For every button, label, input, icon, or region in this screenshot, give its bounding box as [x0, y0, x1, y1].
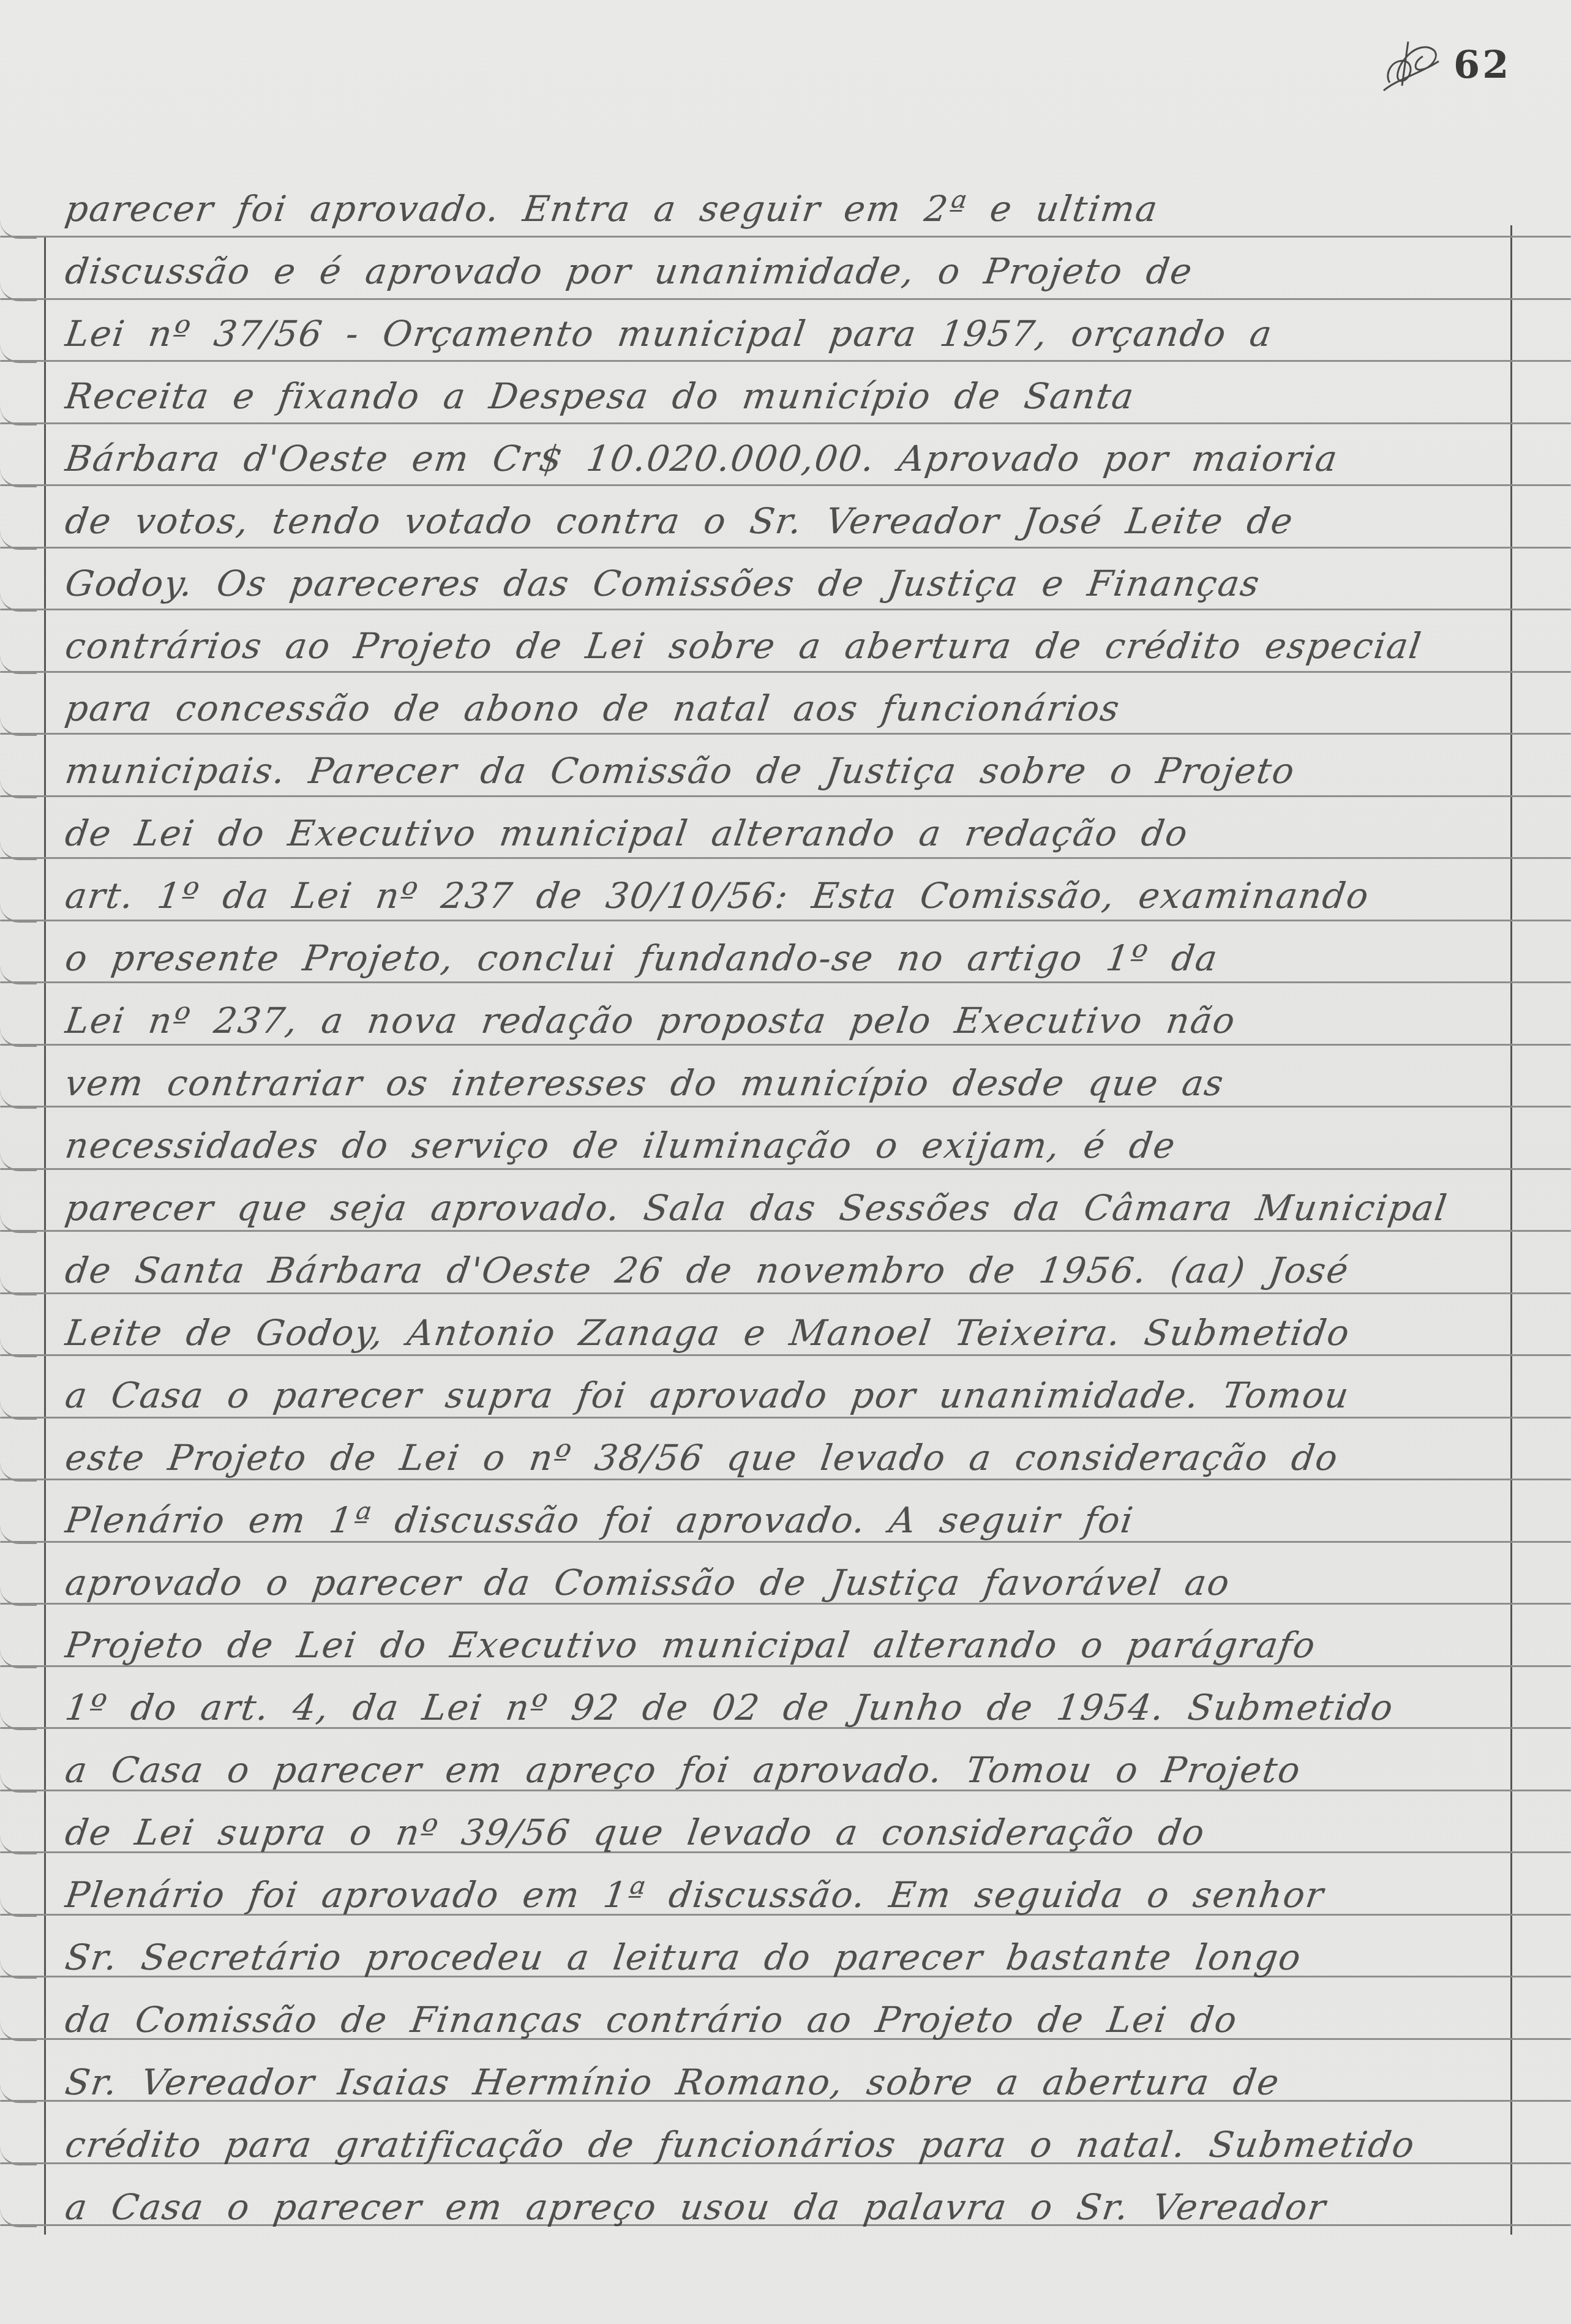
- text-line: a Casa o parecer em apreço foi aprovado.…: [61, 1739, 1502, 1801]
- text-line: Godoy. Os pareceres das Comissões de Jus…: [61, 552, 1502, 615]
- text-line: da Comissão de Finanças contrário ao Pro…: [61, 1989, 1502, 2051]
- signature-rubric-icon: [1378, 37, 1445, 92]
- text-line: art. 1º da Lei nº 237 de 30/10/56: Esta …: [61, 864, 1502, 927]
- text-line: Receita e fixando a Despesa do município…: [61, 365, 1502, 427]
- text-line: a Casa o parecer supra foi aprovado por …: [61, 1364, 1502, 1426]
- text-line: Projeto de Lei do Executivo municipal al…: [61, 1614, 1502, 1676]
- text-line: Leite de Godoy, Antonio Zanaga e Manoel …: [61, 1302, 1502, 1364]
- text-line: necessidades do serviço de iluminação o …: [61, 1114, 1502, 1177]
- text-line: vem contrariar os interesses do municípi…: [61, 1052, 1502, 1114]
- page-number: 62: [1453, 42, 1511, 87]
- text-line: o presente Projeto, conclui fundando-se …: [61, 927, 1502, 989]
- text-line: municipais. Parecer da Comissão de Justi…: [61, 740, 1502, 802]
- text-line: Bárbara d'Oeste em Cr$ 10.020.000,00. Ap…: [61, 427, 1502, 490]
- text-line: para concessão de abono de natal aos fun…: [61, 677, 1502, 740]
- text-line: discussão e é aprovado por unanimidade, …: [61, 240, 1502, 302]
- text-line: Sr. Secretário procedeu a leitura do par…: [61, 1926, 1502, 1989]
- ledger-page: 62 parecer foi aprovado. Entra a seguir …: [0, 0, 1571, 2324]
- text-line: 1º do art. 4, da Lei nº 92 de 02 de Junh…: [61, 1676, 1502, 1739]
- handwritten-text: parecer foi aprovado. Entra a seguir em …: [61, 178, 1494, 2238]
- folio-stamp: 62: [1378, 37, 1524, 92]
- text-line: Plenário em 1ª discussão foi aprovado. A…: [61, 1489, 1502, 1551]
- text-line: crédito para gratificação de funcionário…: [61, 2113, 1502, 2176]
- text-line: de Santa Bárbara d'Oeste 26 de novembro …: [61, 1239, 1502, 1302]
- text-line: parecer foi aprovado. Entra a seguir em …: [61, 178, 1502, 240]
- text-line: de Lei do Executivo municipal alterando …: [61, 802, 1502, 864]
- text-line: Plenário foi aprovado em 1ª discussão. E…: [61, 1864, 1502, 1926]
- text-line: de votos, tendo votado contra o Sr. Vere…: [61, 490, 1502, 552]
- text-line: parecer que seja aprovado. Sala das Sess…: [61, 1177, 1502, 1239]
- text-line: de Lei supra o nº 39/56 que levado a con…: [61, 1801, 1502, 1864]
- left-margin-line: [44, 236, 46, 2235]
- text-line: este Projeto de Lei o nº 38/56 que levad…: [61, 1426, 1502, 1489]
- text-line: Sr. Vereador Isaias Hermínio Romano, sob…: [61, 2051, 1502, 2113]
- text-line: Lei nº 37/56 - Orçamento municipal para …: [61, 302, 1502, 365]
- text-line: aprovado o parecer da Comissão de Justiç…: [61, 1551, 1502, 1614]
- text-line: Lei nº 237, a nova redação proposta pelo…: [61, 989, 1502, 1052]
- text-line: a Casa o parecer em apreço usou da palav…: [61, 2176, 1502, 2238]
- text-line: contrários ao Projeto de Lei sobre a abe…: [61, 615, 1502, 677]
